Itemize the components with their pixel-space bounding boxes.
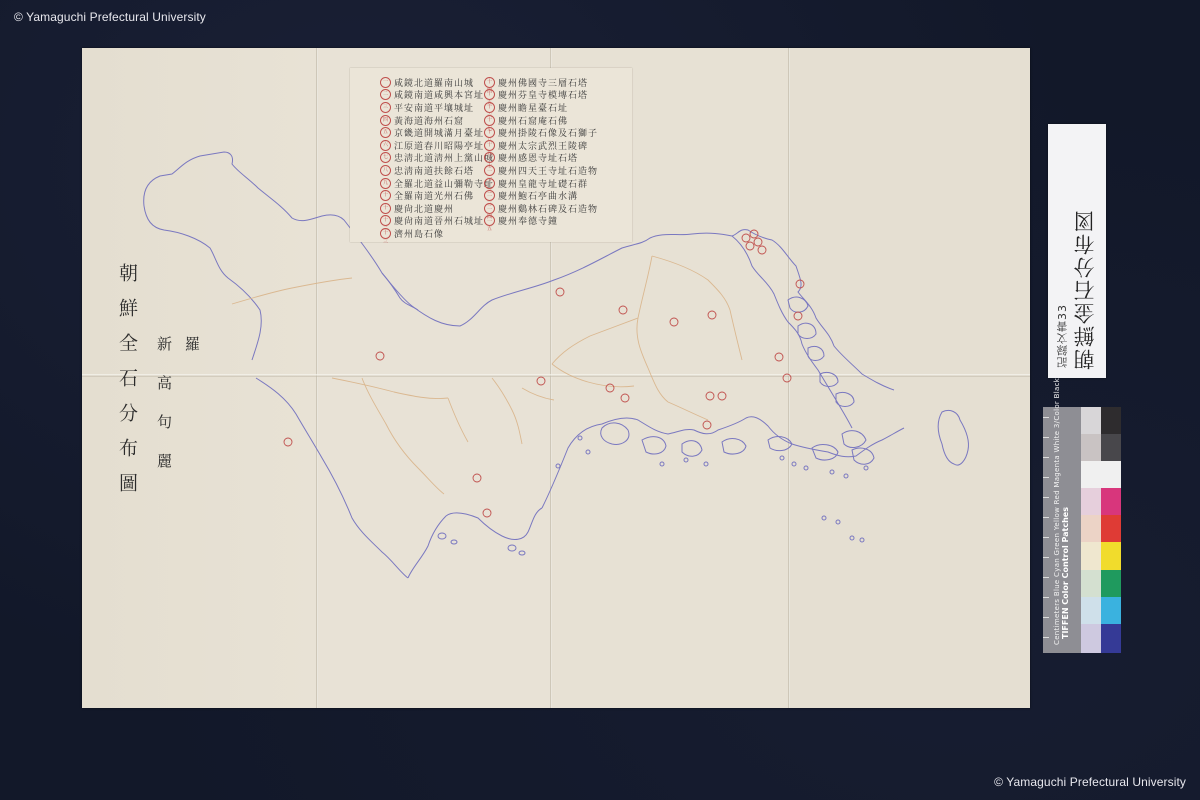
patch-magenta: [1101, 488, 1121, 515]
copyright-credit-bottom: © Yamaguchi Prefectural University: [994, 775, 1186, 789]
number-circle-icon: 十八: [484, 127, 495, 138]
legend-item: 十一慶尙北道慶州: [380, 202, 494, 215]
legend-item: 十三濟州島石像: [380, 227, 494, 240]
number-circle-icon: 七: [380, 152, 391, 163]
patch-magenta-light: [1081, 488, 1101, 515]
legend-item: 七忠淸北道淸州上黨山城: [380, 152, 494, 165]
patch-names: Centimeters Blue Cyan Green Yellow Red M…: [1053, 415, 1061, 645]
number-circle-icon: 三: [380, 102, 391, 113]
number-circle-icon: 五: [380, 127, 391, 138]
legend-item: 二三慶州鮑石亭曲水溝: [484, 189, 598, 202]
legend-item: 十八慶州掛陵石像及石獅子: [484, 126, 598, 139]
number-circle-icon: 十二: [380, 215, 391, 226]
site-markers: [284, 230, 804, 517]
legend-item: 五京畿道開城滿月臺址: [380, 126, 494, 139]
patch-blue: [1101, 624, 1121, 653]
legend-item: 十六慶州瞻星臺石址: [484, 101, 598, 114]
number-circle-icon: 四: [380, 115, 391, 126]
legend-item: 十全羅南道光州石佛: [380, 189, 494, 202]
map-legend: 一咸鏡北道羅南山城 二咸鏡南道咸興本宮址 三平安南道平壤城址 四黃海道海州石窟 …: [350, 68, 632, 242]
number-circle-icon: 一: [380, 77, 391, 88]
dark-patches: [1101, 407, 1121, 653]
legend-item: 十七慶州石窟庵石佛: [484, 114, 598, 127]
legend-item: 二五慶州奉德寺鐘: [484, 215, 598, 228]
legend-item: 六江原道春川昭陽亭址: [380, 139, 494, 152]
copyright-credit-top: © Yamaguchi Prefectural University: [14, 10, 206, 24]
number-circle-icon: 二: [380, 89, 391, 100]
patch-red: [1101, 515, 1121, 542]
number-circle-icon: 二二: [484, 178, 495, 189]
number-circle-icon: 九: [380, 178, 391, 189]
number-circle-icon: 六: [380, 140, 391, 151]
patch-white-dark: [1101, 461, 1121, 488]
legend-item: 三平安南道平壤城址: [380, 101, 494, 114]
legend-item: 四黃海道海州石窟: [380, 114, 494, 127]
number-circle-icon: 二五: [484, 215, 495, 226]
patch-white: [1081, 461, 1101, 488]
patch-red-light: [1081, 515, 1101, 542]
number-circle-icon: 十三: [380, 228, 391, 239]
number-circle-icon: 十: [380, 190, 391, 201]
color-control-chart: Centimeters Blue Cyan Green Yellow Red M…: [1043, 407, 1121, 653]
legend-item: 一咸鏡北道羅南山城: [380, 76, 494, 89]
number-circle-icon: 八: [380, 165, 391, 176]
legend-item: 十九慶州太宗武烈王陵碑: [484, 139, 598, 152]
number-circle-icon: 十九: [484, 140, 495, 151]
legend-column-right: 十四慶州佛國寺三層石塔 十五慶州芬皇寺模塼石塔 十六慶州瞻星臺石址 十七慶州石窟…: [484, 76, 598, 227]
patch-yellow-light: [1081, 542, 1101, 570]
map-sheet: 朝鮮全石分布圖 新高句麗 羅 一咸鏡北道羅南山城 二咸鏡南道咸興本宮址 三平安南…: [82, 48, 1030, 708]
patch-black: [1101, 407, 1121, 434]
patch-cyan-light: [1081, 597, 1101, 624]
archive-title-label: 朝鮮金石分布図: [1070, 209, 1100, 370]
province-borders: [232, 256, 742, 494]
legend-item: 二二慶州皇龍寺址礎石群: [484, 177, 598, 190]
number-circle-icon: 十七: [484, 115, 495, 126]
brand-label: TIFFEN Color Control Patches: [1061, 507, 1070, 639]
patch-cyan: [1101, 597, 1121, 624]
patch-green: [1101, 570, 1121, 597]
patch-3color: [1101, 434, 1121, 461]
legend-item: 十二慶尙南道晉州石城址: [380, 215, 494, 228]
map-title: 朝鮮全石分布圖: [114, 263, 141, 508]
light-patches: [1081, 407, 1101, 653]
legend-item: 二咸鏡南道咸興本宮址: [380, 89, 494, 102]
patch-3color-light: [1081, 434, 1101, 461]
number-circle-icon: 二一: [484, 165, 495, 176]
legend-item: 九全羅北道益山彌勒寺址: [380, 177, 494, 190]
map-subtitle-1: 新高句麗: [154, 336, 175, 492]
number-circle-icon: 十四: [484, 77, 495, 88]
patch-green-light: [1081, 570, 1101, 597]
number-circle-icon: 二四: [484, 203, 495, 214]
legend-column-left: 一咸鏡北道羅南山城 二咸鏡南道咸興本宮址 三平安南道平壤城址 四黃海道海州石窟 …: [380, 76, 494, 240]
number-circle-icon: 十一: [380, 203, 391, 214]
legend-item: 二一慶州四天王寺址石造物: [484, 164, 598, 177]
map-subtitle-2: 羅: [182, 336, 203, 375]
number-circle-icon: 十六: [484, 102, 495, 113]
ruler: Centimeters Blue Cyan Green Yellow Red M…: [1043, 407, 1081, 653]
legend-item: 八忠淸南道扶餘石塔: [380, 164, 494, 177]
legend-item: 二四慶州鷄林石碑及石造物: [484, 202, 598, 215]
patch-yellow: [1101, 542, 1121, 570]
number-circle-icon: 十五: [484, 89, 495, 100]
number-circle-icon: 二三: [484, 190, 495, 201]
archive-label-card: 記録文書33 朝鮮金石分布図: [1048, 124, 1106, 378]
legend-item: 十五慶州芬皇寺模塼石塔: [484, 89, 598, 102]
patch-blue-light: [1081, 624, 1101, 653]
legend-item: 二十慶州感恩寺址石塔: [484, 152, 598, 165]
number-circle-icon: 二十: [484, 152, 495, 163]
legend-item: 十四慶州佛國寺三層石塔: [484, 76, 598, 89]
archive-series-label: 記録文書33: [1055, 304, 1071, 368]
patch-black-light: [1081, 407, 1101, 434]
